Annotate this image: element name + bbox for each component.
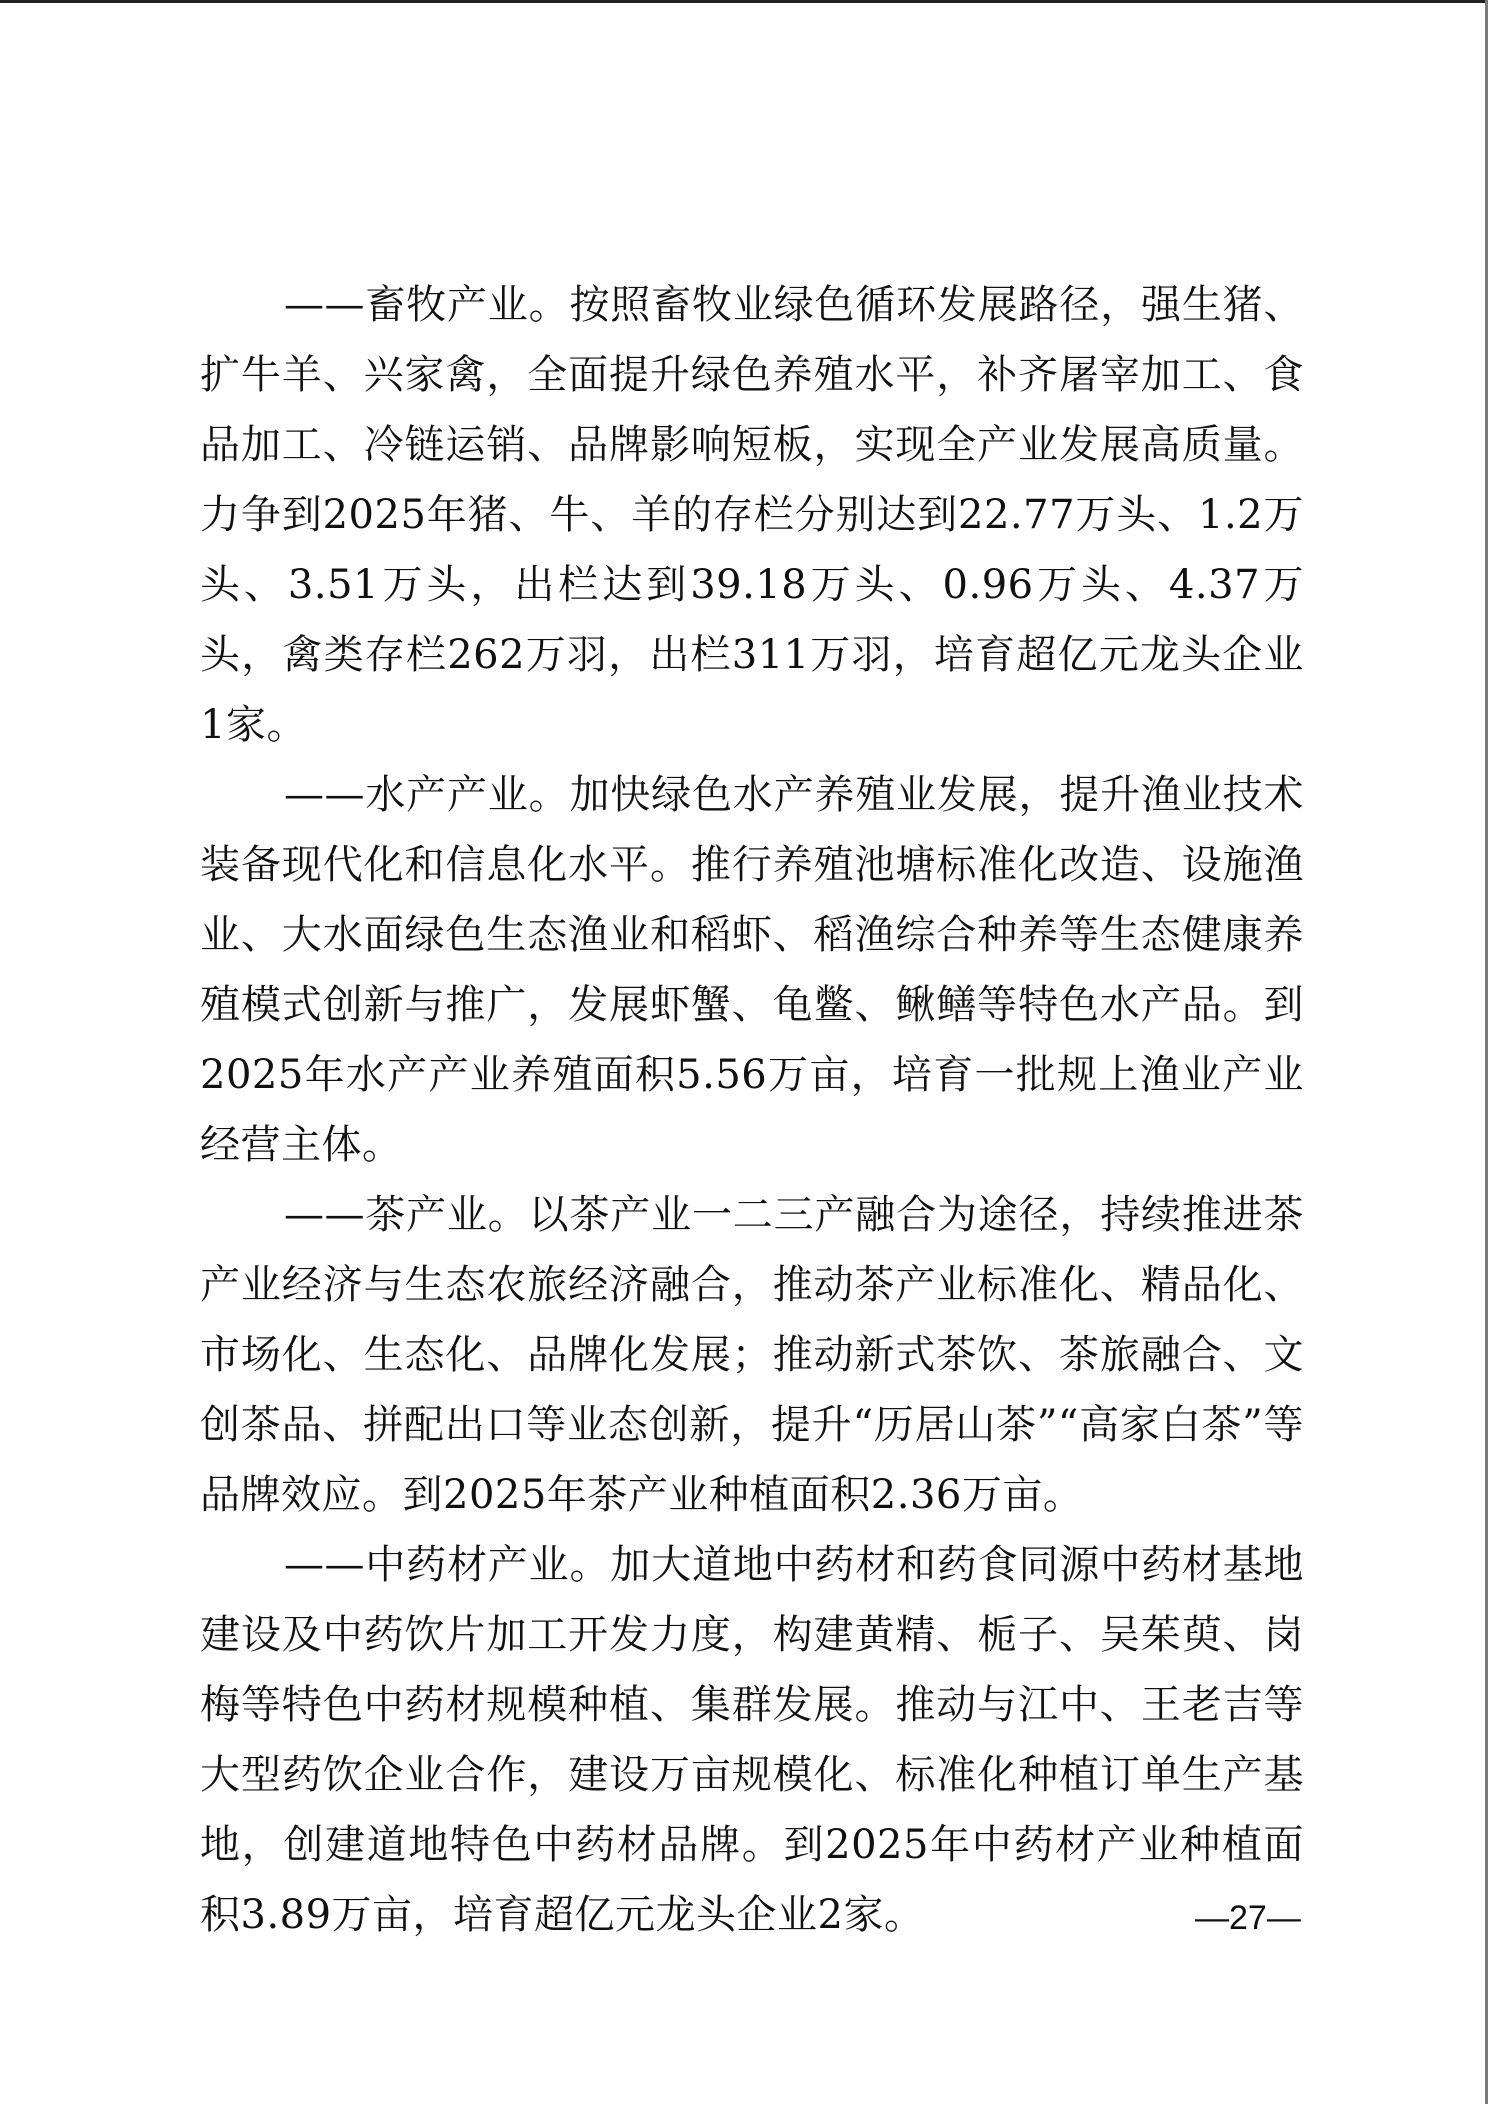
paragraph-tea: ——茶产业。以茶产业一二三产融合为途径，持续推进茶产业经济与生态农旅经济融合，推… [200, 1180, 1304, 1530]
page-top-border [0, 0, 1488, 3]
section-heading-aquaculture: ——水产产业。 [284, 772, 569, 818]
section-heading-tea: ——茶产业。 [284, 1192, 529, 1238]
section-text-herbal-medicine: 加大道地中药材和药食同源中药材基地建设及中药饮片加工开发力度，构建黄精、栀子、吴… [200, 1542, 1304, 1938]
section-text-livestock: 按照畜牧业绿色循环发展路径，强生猪、扩牛羊、兴家禽，全面提升绿色养殖水平，补齐屠… [200, 282, 1304, 748]
paragraph-livestock: ——畜牧产业。按照畜牧业绿色循环发展路径，强生猪、扩牛羊、兴家禽，全面提升绿色养… [200, 270, 1304, 760]
section-heading-livestock: ——畜牧产业。 [284, 282, 569, 328]
paragraph-herbal-medicine: ——中药材产业。加大道地中药材和药食同源中药材基地建设及中药饮片加工开发力度，构… [200, 1530, 1304, 1950]
section-text-tea: 以茶产业一二三产融合为途径，持续推进茶产业经济与生态农旅经济融合，推动茶产业标准… [200, 1192, 1304, 1518]
section-text-aquaculture: 加快绿色水产养殖业发展，提升渔业技术装备现代化和信息化水平。推行养殖池塘标准化改… [200, 772, 1304, 1168]
page-number: —27— [1195, 1898, 1301, 1938]
document-body: ——畜牧产业。按照畜牧业绿色循环发展路径，强生猪、扩牛羊、兴家禽，全面提升绿色养… [200, 270, 1304, 1950]
paragraph-aquaculture: ——水产产业。加快绿色水产养殖业发展，提升渔业技术装备现代化和信息化水平。推行养… [200, 760, 1304, 1180]
section-heading-herbal-medicine: ——中药材产业。 [284, 1542, 610, 1588]
